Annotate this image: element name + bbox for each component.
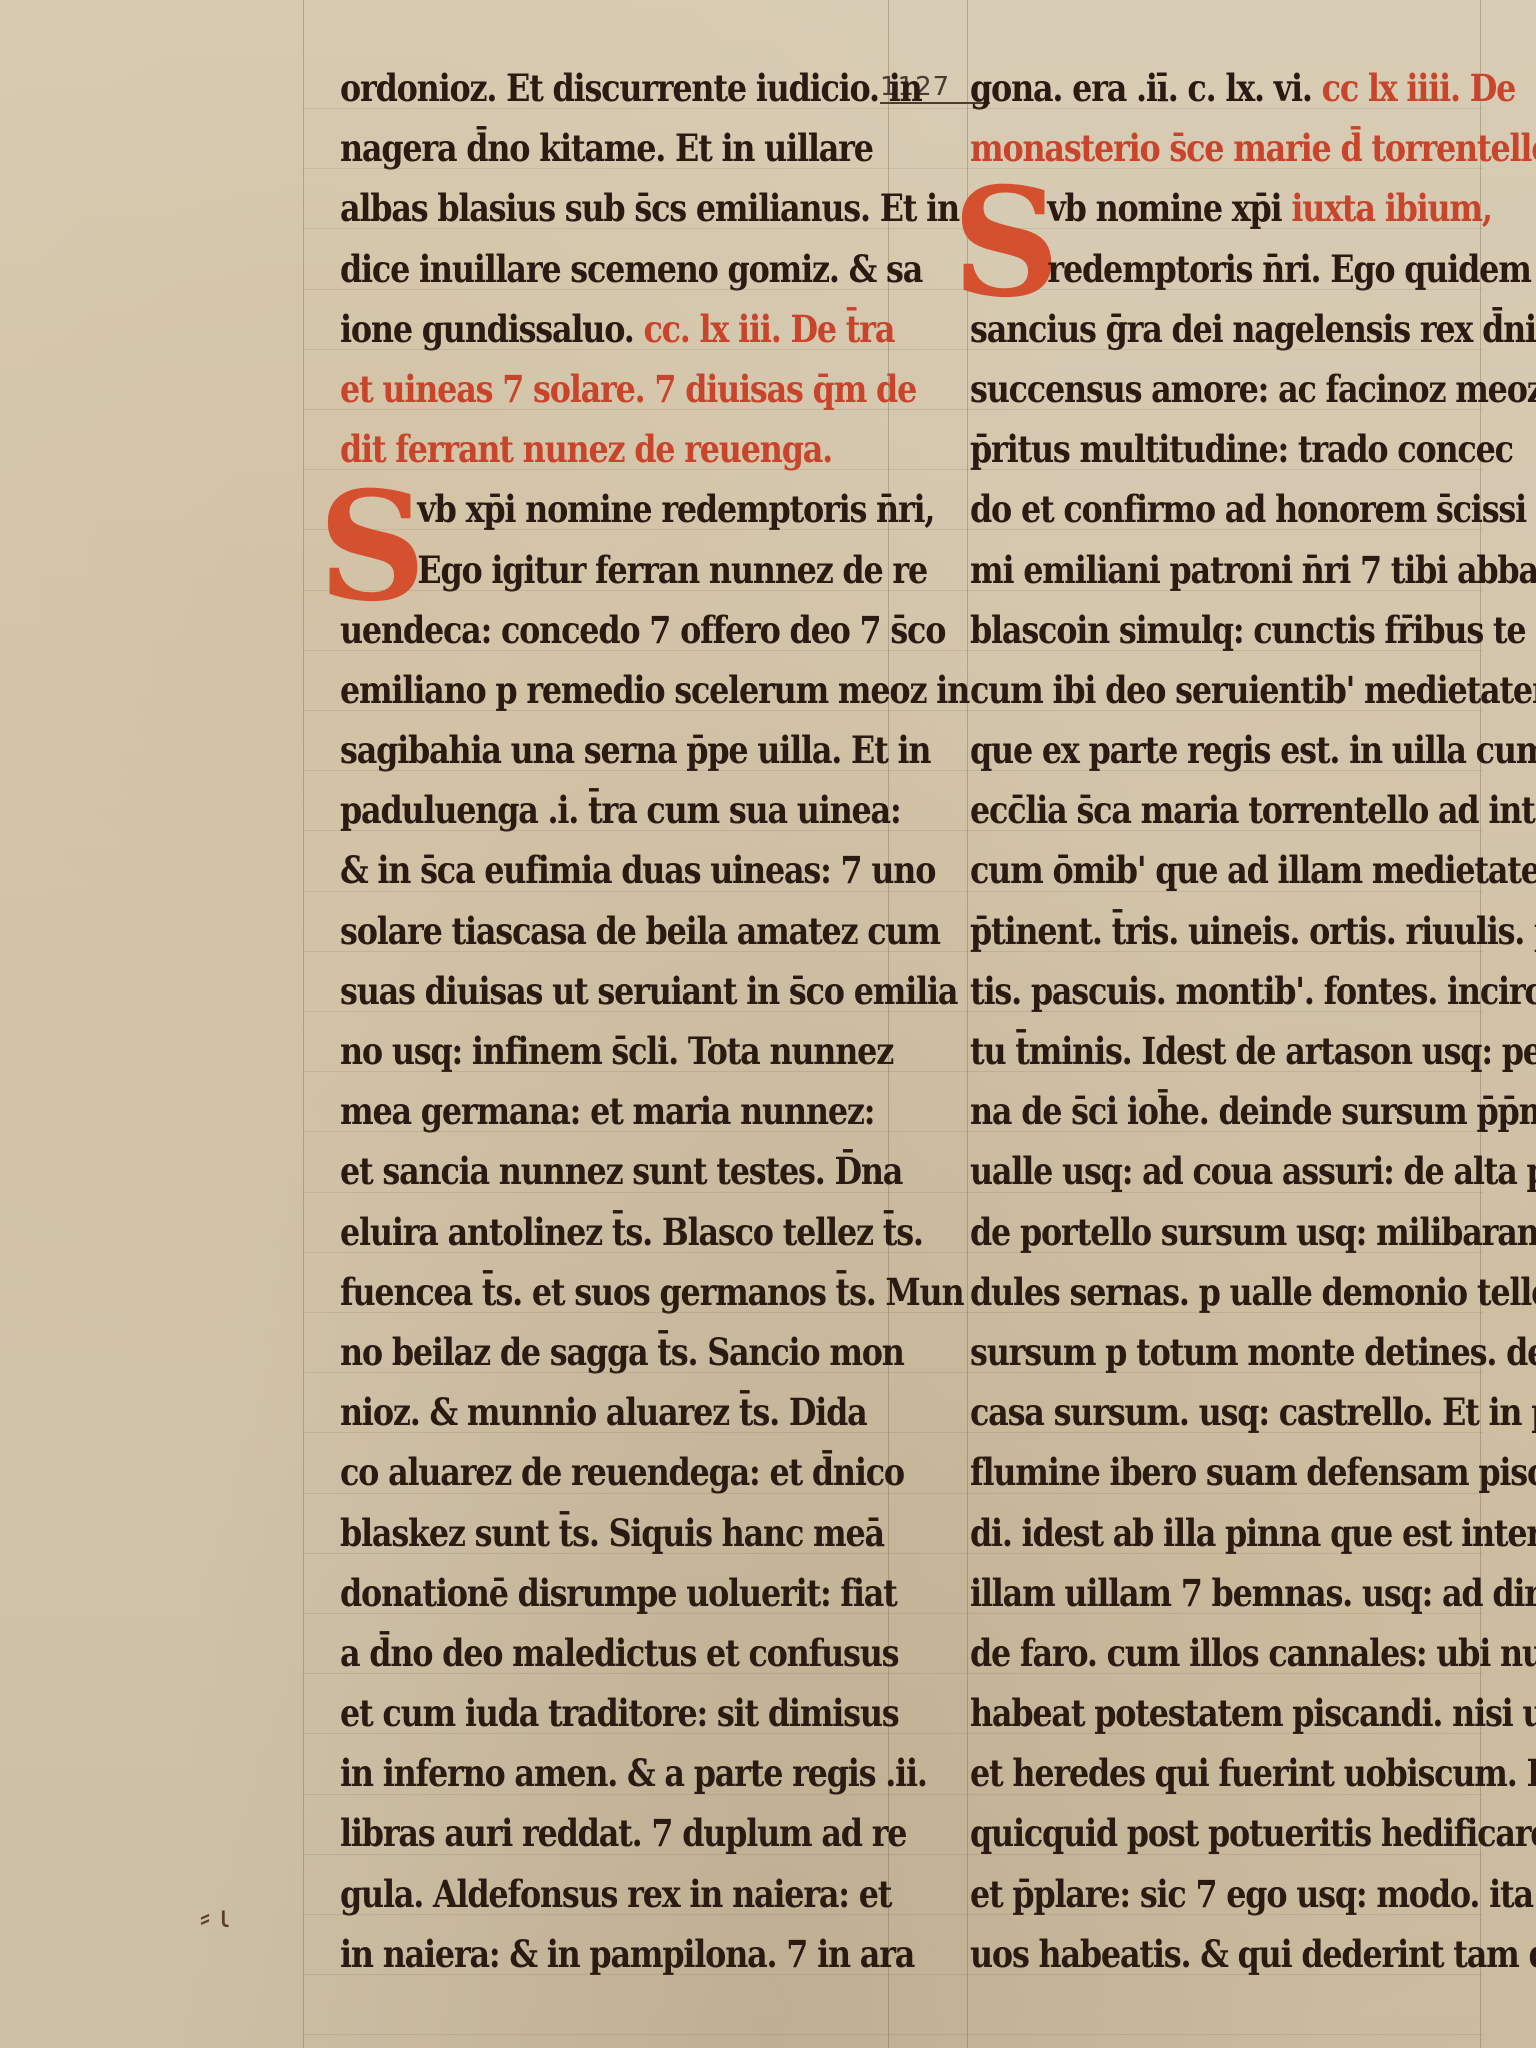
line-text: gula. Aldefonsus rex in naiera: et — [340, 1872, 891, 1916]
ruling-line — [303, 289, 1483, 290]
ruling-line — [303, 108, 1483, 109]
manuscript-line: ecc̄lia s̄ca maria torrentello ad integr… — [970, 780, 1417, 840]
ruling-line — [303, 1854, 1483, 1855]
manuscript-line: cum ibi deo seruientib' medietatem — [970, 660, 1417, 720]
line-text: sursum p totum monte detines. de — [970, 1330, 1536, 1374]
manuscript-line: monasterio s̄ce marie d̄ torrentello — [970, 118, 1417, 178]
right-text-column: gona. era .iī. c. lx. vi. cc lx iiii. D… — [970, 58, 1490, 1984]
manuscript-line: succensus amore: ac facinoz meoz — [970, 359, 1417, 419]
line-text: illam uillam 7 bemnas. usq: ad directū — [970, 1571, 1536, 1615]
line-text: fuencea t̄s. et suos germanos t̄s. Mun — [340, 1270, 963, 1314]
line-text: habeat potestatem piscandi. nisi uos — [970, 1691, 1536, 1735]
manuscript-line: que ex parte regis est. in uilla cum — [970, 720, 1417, 780]
line-text: dit ferrant nunez de reuenga. — [340, 427, 832, 471]
line-text: et heredes qui fuerint uobiscum. Igit̄ — [970, 1751, 1536, 1795]
manuscript-line: redemptoris n̄ri. Ego quidem — [970, 239, 1417, 299]
line-text: di. idest ab illa pinna que est inter — [970, 1511, 1536, 1555]
line-text: nagera d̄no kitame. Et in uillare — [340, 126, 873, 170]
ruling-line — [303, 770, 1483, 771]
ruling-line — [303, 1071, 1483, 1072]
ruling-line — [303, 2034, 1483, 2035]
ruling-line — [303, 409, 1483, 410]
ruling-line — [303, 1011, 1483, 1012]
ruling-line — [303, 710, 1483, 711]
marginal-scribble: ⸗ ɩ — [200, 1900, 230, 1935]
line-text: de portello sursum usq: milibaran: pa — [970, 1210, 1536, 1254]
line-text: co aluarez de reuendega: et d̄nico — [340, 1450, 904, 1494]
line-text: sancius ḡra dei nagelensis rex d̄ni — [970, 307, 1536, 351]
line-text: tu t̄minis. Idest de artason usq: pen — [970, 1029, 1536, 1073]
rubric-text: cc. lx iii. De t̄ra — [634, 307, 895, 351]
line-text: a d̄no deo maledictus et confusus — [340, 1631, 898, 1675]
line-text: uos habeatis. & qui dederint tam de — [970, 1932, 1536, 1976]
line-text: et uineas 7 solare. 7 diuisas q̄m de — [340, 367, 916, 411]
line-text: suas diuisas ut seruiant in s̄co emilia — [340, 969, 957, 1013]
line-text: p̄ritus multitudine: trado concec — [970, 427, 1513, 471]
line-text: uendeca: concedo 7 offero deo 7 s̄co — [340, 608, 945, 652]
line-text: albas blasius sub s̄cs emilianus. Et in — [340, 186, 959, 230]
line-text: redemptoris n̄ri. Ego quidem — [1047, 247, 1530, 291]
manuscript-line: vb xp̄i nomine redemptoris n̄ri, — [340, 479, 804, 539]
line-text: ordonioz. Et discurrente iudicio. in — [340, 66, 922, 110]
manuscript-line: uendeca: concedo 7 offero deo 7 s̄co — [340, 600, 804, 660]
line-text: gona. era .iī. c. lx. vi. — [970, 66, 1312, 110]
manuscript-line: do et confirmo ad honorem s̄cissi — [970, 479, 1417, 539]
manuscript-line: vb nomine xp̄i iuxta ibium, — [970, 178, 1417, 238]
line-text: paduluenga .i. t̄ra cum sua uinea: — [340, 788, 901, 832]
ruling-line — [303, 1432, 1483, 1433]
ruling-line — [303, 1974, 1483, 1975]
ruling-line — [303, 1914, 1483, 1915]
line-text: ecc̄lia s̄ca maria torrentello ad integr… — [970, 788, 1536, 832]
line-text: na de s̄ci ioh̄e. deinde sursum p̄p̄m — [970, 1089, 1536, 1133]
line-text: no beilaz de sagga t̄s. Sancio mon — [340, 1330, 904, 1374]
ruling-line — [303, 469, 1483, 470]
ruling-line — [303, 1493, 1483, 1494]
line-text: vb xp̄i nomine redemptoris n̄ri, — [417, 487, 934, 531]
line-text: libras auri reddat. 7 duplum ad re — [340, 1811, 906, 1855]
line-text: dules sernas. p ualle demonio tellez — [970, 1270, 1536, 1314]
ruling-line — [303, 1613, 1483, 1614]
ruling-line — [303, 590, 1483, 591]
manuscript-line: sagibahia una serna p̄pe uilla. Et in — [340, 720, 804, 780]
ruling-line — [303, 1312, 1483, 1313]
ruling-line — [303, 349, 1483, 350]
line-text: do et confirmo ad honorem s̄cissi — [970, 487, 1526, 531]
ruling-line — [303, 951, 1483, 952]
line-text: quicquid post potueritis hedificare — [970, 1811, 1536, 1855]
line-text: cum ibi deo seruientib' medietatem — [970, 668, 1536, 712]
ruling-line — [303, 529, 1483, 530]
ruling-line — [303, 830, 1483, 831]
line-text: que ex parte regis est. in uilla cum — [970, 728, 1536, 772]
line-text: p̄tinent. t̄ris. uineis. ortis. riuulis.… — [970, 909, 1536, 953]
manuscript-line: cum ōmib' que ad illam medietatem — [970, 840, 1417, 900]
left-text-column: ordonioz. Et discurrente iudicio. innage… — [340, 58, 880, 1984]
ruling-line — [303, 1673, 1483, 1674]
line-text: Ego igitur ferran nunnez de re — [417, 548, 927, 592]
line-text: succensus amore: ac facinoz meoz — [970, 367, 1536, 411]
line-text: donationē disrumpe uoluerit: fiat — [340, 1571, 897, 1615]
line-text: solare tiascasa de beila amatez cum — [340, 909, 940, 953]
line-text: sagibahia una serna p̄pe uilla. Et in — [340, 728, 930, 772]
line-text: in naiera: & in pampilona. 7 in ara — [340, 1932, 914, 1976]
line-text: ualle usq: ad coua assuri: de alta pars — [970, 1149, 1536, 1193]
manuscript-line: dit ferrant nunez de reuenga. — [340, 419, 804, 479]
line-text: blaskez sunt t̄s. Siquis hanc meā — [340, 1511, 884, 1555]
line-text: ione gundissaluo. — [340, 307, 634, 351]
manuscript-line: sancius ḡra dei nagelensis rex d̄ni — [970, 299, 1417, 359]
ruling-line — [303, 891, 1483, 892]
ruling-line — [303, 228, 1483, 229]
line-text: in inferno amen. & a parte regis .ii. — [340, 1751, 927, 1795]
line-text: monasterio s̄ce marie d̄ torrentello — [970, 126, 1536, 170]
ruling-line — [303, 1192, 1483, 1193]
rubric-text: cc lx iiii. De — [1312, 66, 1515, 110]
line-text: nioz. & munnio aluarez t̄s. Dida — [340, 1390, 867, 1434]
manuscript-line: ordonioz. Et discurrente iudicio. in — [340, 58, 804, 118]
manuscript-line: albas blasius sub s̄cs emilianus. Et in — [340, 178, 804, 238]
line-text: vb nomine xp̄i — [1047, 186, 1281, 230]
line-text: no usq: infinem s̄cli. Tota nunnez — [340, 1029, 893, 1073]
line-text: et p̄plare: sic 7 ego usq: modo. ita & — [970, 1872, 1536, 1916]
ruling-line — [303, 650, 1483, 651]
line-text: flumine ibero suam defensam piscan — [970, 1450, 1536, 1494]
line-text: dice inuillare scemeno gomiz. & sa — [340, 247, 922, 291]
ruling-line — [303, 1372, 1483, 1373]
manuscript-line: nagera d̄no kitame. Et in uillare — [340, 118, 804, 178]
line-text: et sancia nunnez sunt testes. D̄na — [340, 1149, 902, 1193]
line-text: & in s̄ca eufimia duas uineas: 7 uno — [340, 848, 935, 892]
ruling-line — [303, 1252, 1483, 1253]
manuscript-line: mi emiliani patroni n̄ri 7 tibi abbati — [970, 540, 1417, 600]
line-text: mea germana: et maria nunnez: — [340, 1089, 874, 1133]
manuscript-line: & in s̄ca eufimia duas uineas: 7 uno — [340, 840, 804, 900]
ruling-line — [303, 1794, 1483, 1795]
manuscript-page: 1127 S S ordonioz. Et discurrente iudici… — [0, 0, 1536, 2048]
manuscript-line: dice inuillare scemeno gomiz. & sa — [340, 239, 804, 299]
manuscript-line: blascoin simulq: cunctis fr̄ibus te — [970, 600, 1417, 660]
line-text: casa sursum. usq: castrello. Et in p̄pin… — [970, 1390, 1536, 1434]
ruling-line — [303, 168, 1483, 169]
manuscript-line: emiliano p remedio scelerum meoz in — [340, 660, 804, 720]
line-text: emiliano p remedio scelerum meoz in — [340, 668, 969, 712]
ruling-line — [303, 1733, 1483, 1734]
line-text: de faro. cum illos cannales: ubi nullus — [970, 1631, 1536, 1675]
manuscript-line: Ego igitur ferran nunnez de re — [340, 540, 804, 600]
left-ruling-line — [303, 0, 304, 2048]
line-text: cum ōmib' que ad illam medietatem — [970, 848, 1536, 892]
rubric-text: iuxta ibium, — [1281, 186, 1491, 230]
manuscript-line: p̄ritus multitudine: trado concec — [970, 419, 1417, 479]
manuscript-line: paduluenga .i. t̄ra cum sua uinea: — [340, 780, 804, 840]
line-text: tis. pascuis. montib'. fontes. incircui — [970, 969, 1536, 1013]
line-text: eluira antolinez t̄s. Blasco tellez t̄s. — [340, 1210, 923, 1254]
manuscript-line: gona. era .iī. c. lx. vi. cc lx iiii. D… — [970, 58, 1417, 118]
ruling-line — [303, 1553, 1483, 1554]
line-text: mi emiliani patroni n̄ri 7 tibi abbati — [970, 548, 1536, 592]
manuscript-line: ione gundissaluo. cc. lx iii. De t̄ra — [340, 299, 804, 359]
manuscript-line: et uineas 7 solare. 7 diuisas q̄m de — [340, 359, 804, 419]
line-text: et cum iuda traditore: sit dimisus — [340, 1691, 899, 1735]
ruling-line — [303, 1131, 1483, 1132]
line-text: blascoin simulq: cunctis fr̄ibus te — [970, 608, 1525, 652]
